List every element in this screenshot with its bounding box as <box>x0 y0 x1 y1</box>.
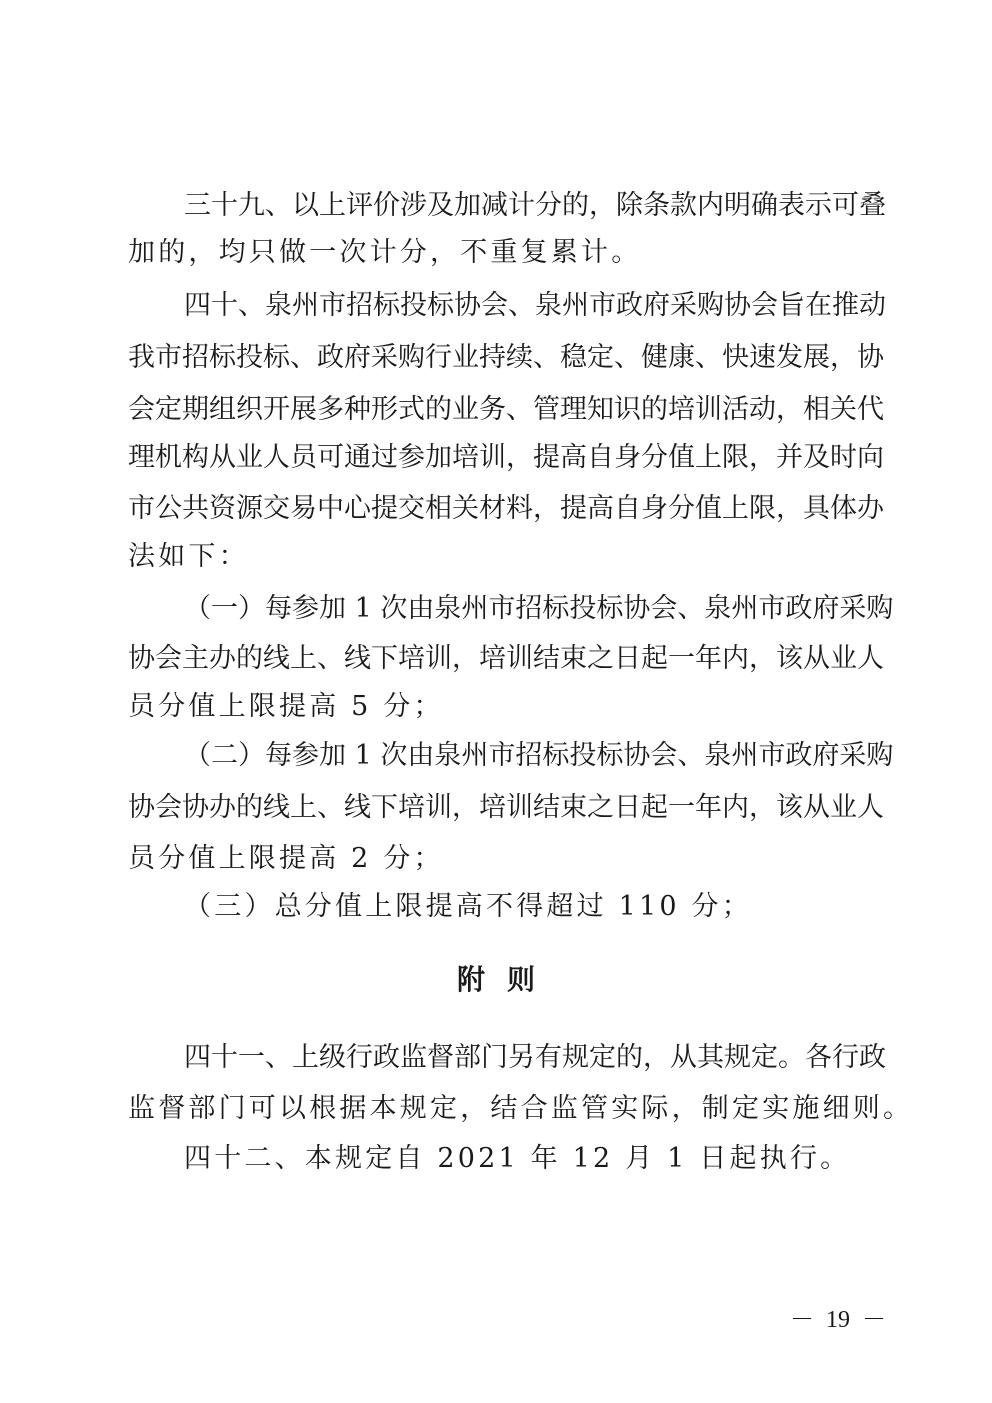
article-39-line-2: 加的，均只做一次计分，不重复累计。 <box>128 237 868 269</box>
article-40-line-6: 法如下： <box>128 541 868 573</box>
article-39-line-1: 三十九、以上评价涉及加减计分的，除条款内明确表示可叠 <box>184 190 868 222</box>
article-41-line-1: 四十一、上级行政监督部门另有规定的，从其规定。各行政 <box>184 1042 868 1074</box>
article-41-line-2: 监督部门可以根据本规定，结合监管实际，制定实施细则。 <box>128 1093 868 1125</box>
page-number: － 19 － <box>790 1305 886 1335</box>
document-page: 三十九、以上评价涉及加减计分的，除条款内明确表示可叠 加的，均只做一次计分，不重… <box>0 0 992 1403</box>
item-1-line-3: 员分值上限提高 5 分； <box>128 691 868 723</box>
item-2-line-1: （二）每参加 1 次由泉州市招标投标协会、泉州市政府采购 <box>184 740 868 772</box>
section-heading-supplementary: 附则 <box>0 963 992 997</box>
article-40-line-2: 我市招标投标、政府采购行业持续、稳定、健康、快速发展，协 <box>128 342 868 374</box>
article-42-line-1: 四十二、本规定自 2021 年 12 月 1 日起执行。 <box>184 1143 868 1175</box>
article-40-line-5: 市公共资源交易中心提交相关材料，提高自身分值上限，具体办 <box>128 493 868 525</box>
item-3-line-1: （三）总分值上限提高不得超过 110 分； <box>184 891 868 923</box>
item-1-line-2: 协会主办的线上、线下培训，培训结束之日起一年内，该从业人 <box>128 643 868 675</box>
article-40-line-1: 四十、泉州市招标投标协会、泉州市政府采购协会旨在推动 <box>184 290 868 322</box>
article-40-line-3: 会定期组织开展多种形式的业务、管理知识的培训活动，相关代 <box>128 394 868 426</box>
article-40-line-4: 理机构从业人员可通过参加培训，提高自身分值上限，并及时向 <box>128 442 868 474</box>
item-2-line-2: 协会协办的线上、线下培训，培训结束之日起一年内，该从业人 <box>128 792 868 824</box>
item-1-line-1: （一）每参加 1 次由泉州市招标投标协会、泉州市政府采购 <box>184 593 868 625</box>
item-2-line-3: 员分值上限提高 2 分； <box>128 843 868 875</box>
